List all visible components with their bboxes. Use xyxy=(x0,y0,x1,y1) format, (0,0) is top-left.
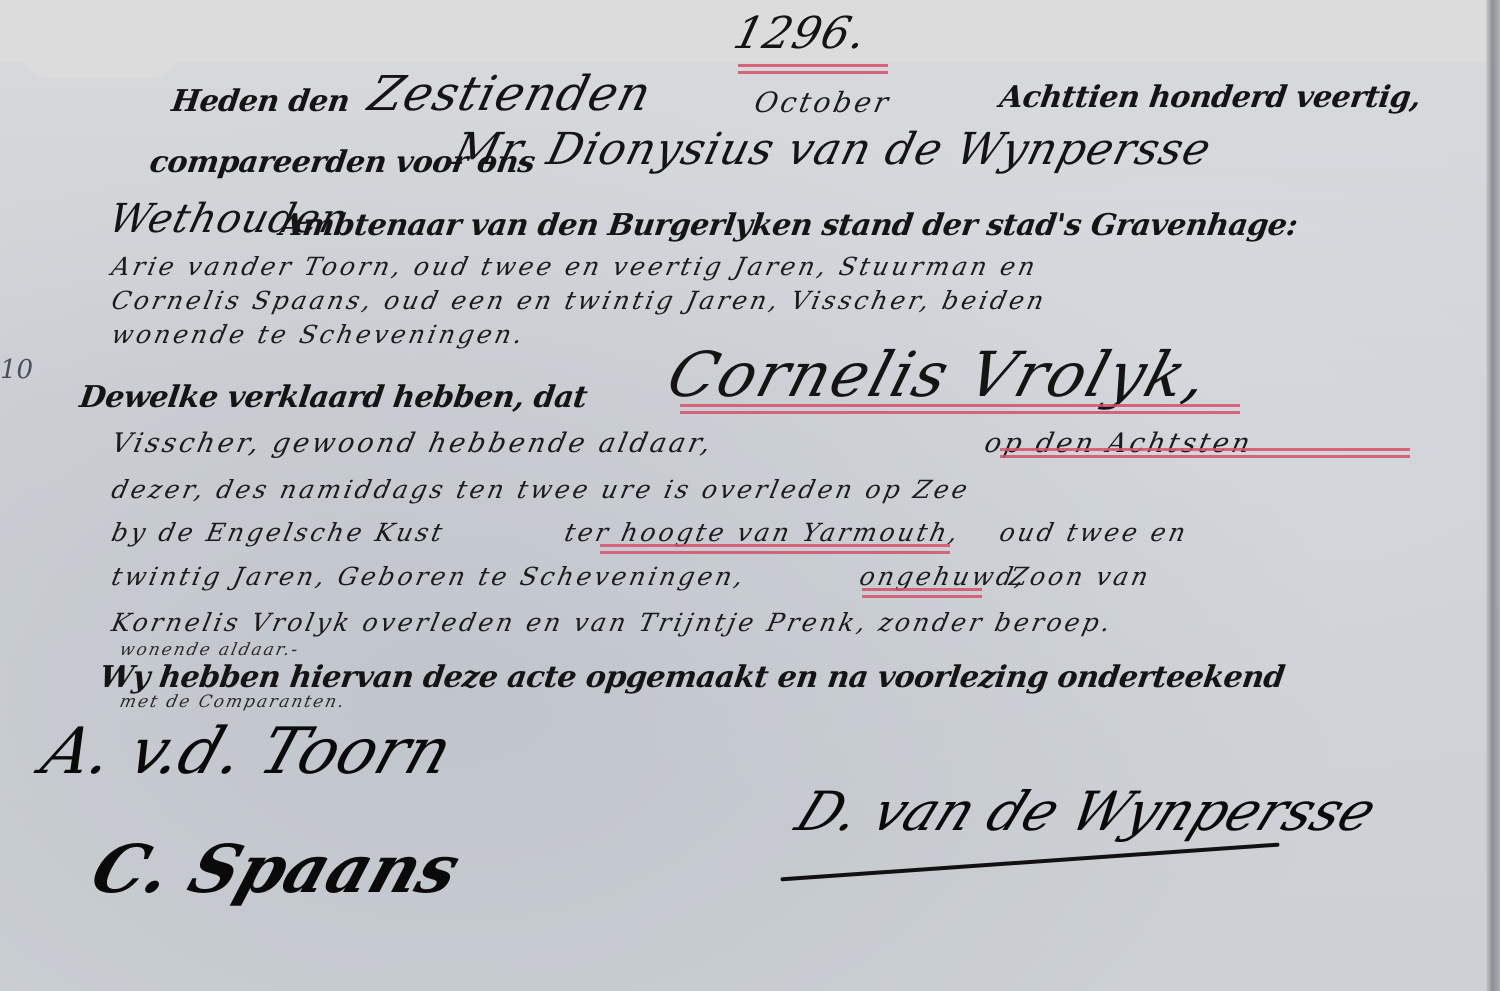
signature-official-wynpersse: D. van de Wynpersse xyxy=(787,780,1386,843)
status-underline xyxy=(862,588,982,598)
line13-printed: Wy hebben hiervan deze acte opgemaakt en… xyxy=(98,660,1287,695)
line13-superscript: wonende aldaar.- xyxy=(118,640,301,660)
line2-official: Mr. Dionysius van de Wynpersse xyxy=(449,124,1217,175)
line10-location: ter hoogte van Yarmouth, xyxy=(562,518,963,547)
record-number: 1296. xyxy=(729,8,873,59)
line12-parents: Kornelis Vrolyk overleden en van Trijntj… xyxy=(109,608,1116,637)
line11-birth: twintig Jaren, Geboren te Scheveningen, xyxy=(109,562,749,591)
line11-status: ongehuwd, xyxy=(857,562,1030,591)
line1-year: Achttien honderd veertig, xyxy=(998,80,1423,115)
line5-witness2: Cornelis Spaans, oud een en twintig Jare… xyxy=(109,286,1049,315)
line4-witness1: Arie vander Toorn, oud twee en veertig J… xyxy=(109,252,1041,281)
line7-printed: Dewelke verklaard hebben, dat xyxy=(78,380,590,415)
signature-arie-vander-toorn: A. v.d. Toorn xyxy=(33,715,461,789)
line1-printed: Heden den xyxy=(170,84,352,119)
deceased-name: Cornelis Vrolyk, xyxy=(660,338,1219,411)
margin-number: 10 xyxy=(0,355,33,385)
line1-month: October xyxy=(751,86,894,119)
deceased-name-underline xyxy=(680,404,1240,414)
date-underline xyxy=(1000,448,1410,458)
line10-age: oud twee en xyxy=(997,518,1191,547)
line11-son-of: Zoon van xyxy=(1007,562,1154,591)
torn-top-notch xyxy=(20,30,180,78)
line8-occupation: Visscher, gewoond hebbende aldaar, xyxy=(109,428,717,459)
signature-cornelis-spaans: C. Spaans xyxy=(82,830,469,908)
location-underline xyxy=(600,544,950,554)
line1-day: Zestienden xyxy=(363,66,657,122)
line3-printed: Ambtenaar van den Burgerlyken stand der … xyxy=(278,208,1300,243)
line6-residence: wonende te Scheveningen. xyxy=(109,320,528,349)
page-right-edge xyxy=(1486,0,1500,991)
line10-coast: by de Engelsche Kust xyxy=(109,518,448,547)
line13-subscript: met de Comparanten. xyxy=(118,692,348,712)
record-number-underline xyxy=(738,64,888,74)
line9-time: dezer, des namiddags ten twee ure is ove… xyxy=(109,475,973,504)
